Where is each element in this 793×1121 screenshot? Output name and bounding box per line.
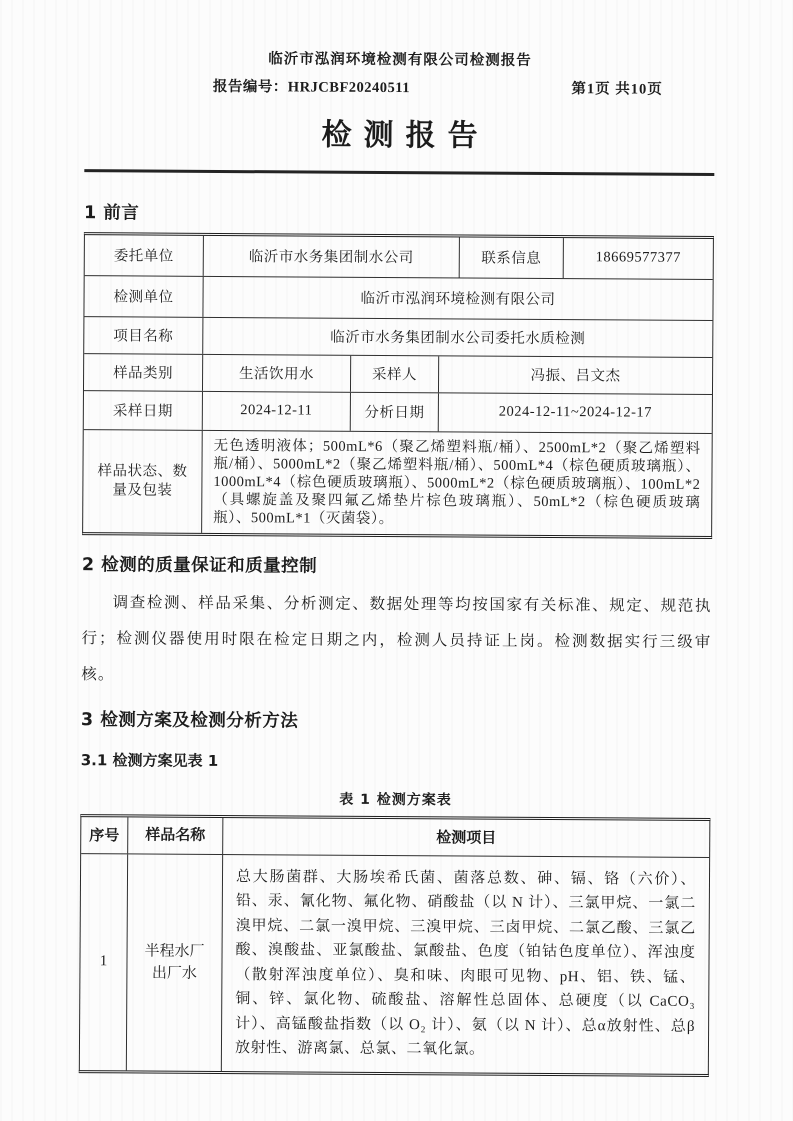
quality-control-paragraph: 调查检测、样品采集、分析测定、数据处理等均按国家有关标准、规定、规范执行；检测仪… xyxy=(81,585,712,697)
report-title: 检测报告 xyxy=(84,108,714,156)
plan-table-row: 1 半程水厂出厂水 总大肠菌群、大肠埃希氏菌、菌落总数、砷、镉、铬（六价）、铅、… xyxy=(80,854,709,1074)
section-3-1-subheading: 3.1 检测方案见表 1 xyxy=(81,749,711,774)
report-number: 报告编号：HRJCBF20240511 xyxy=(213,75,410,97)
preface-info-table: 委托单位 临沂市水务集团制水公司 联系信息 18669577377 检测单位 临… xyxy=(82,232,714,539)
contact-label: 联系信息 xyxy=(459,237,563,278)
sampler-label: 采样人 xyxy=(350,355,438,392)
scanned-page: 临沂市泓润环境检测有限公司检测报告 报告编号：HRJCBF20240511 第1… xyxy=(0,0,793,1077)
sample-state-label: 样品状态、数量及包装 xyxy=(83,430,202,533)
sample-state-value: 无色透明液体；500mL*6（聚乙烯塑料瓶/桶）、2500mL*2（聚乙烯塑料瓶… xyxy=(201,430,712,535)
header-sample-name: 样品名称 xyxy=(127,817,222,854)
project-label: 项目名称 xyxy=(84,317,202,354)
sample-type-value: 生活饮用水 xyxy=(202,354,350,391)
title-divider-rule xyxy=(84,169,714,175)
plan-table-header-row: 序号 样品名称 检测项目 xyxy=(81,817,709,858)
section-3-heading: 3 检测方案及检测分析方法 xyxy=(81,706,711,735)
document-header-line: 临沂市泓润环境检测有限公司检测报告 xyxy=(85,46,715,71)
section-1-heading: 1 前言 xyxy=(84,199,714,228)
report-number-label: 报告编号： xyxy=(213,79,288,95)
analysis-date-label: 分析日期 xyxy=(350,392,438,431)
section-2-heading: 2 检测的质量保证和质量控制 xyxy=(82,551,712,580)
info-row-client: 委托单位 临沂市水务集团制水公司 联系信息 18669577377 xyxy=(85,235,713,280)
info-row-project: 项目名称 临沂市水务集团制水公司委托水质检测 xyxy=(84,317,712,358)
row-sample-name: 半程水厂出厂水 xyxy=(126,854,222,1071)
report-meta-row: 报告编号：HRJCBF20240511 第1页 共10页 xyxy=(85,74,715,102)
client-label: 委托单位 xyxy=(85,235,203,276)
row-test-items: 总大肠菌群、大肠埃希氏菌、菌落总数、砷、镉、铬（六价）、铅、汞、氰化物、氟化物、… xyxy=(221,855,709,1074)
info-row-lab: 检测单位 临沂市泓润环境检测有限公司 xyxy=(84,276,712,321)
contact-value: 18669577377 xyxy=(563,238,713,279)
info-row-sample-type: 样品类别 生活饮用水 采样人 冯振、吕文杰 xyxy=(84,354,712,395)
lab-label: 检测单位 xyxy=(84,276,202,317)
sample-type-label: 样品类别 xyxy=(84,354,202,391)
info-row-dates: 采样日期 2024-12-11 分析日期 2024-12-11~2024-12-… xyxy=(84,391,712,434)
analysis-date-value: 2024-12-11~2024-12-17 xyxy=(438,393,712,433)
plan-table: 序号 样品名称 检测项目 1 半程水厂出厂水 总大肠菌群、大肠埃希氏菌、菌落总数… xyxy=(79,814,711,1077)
row-seq-no: 1 xyxy=(80,854,127,1070)
sampling-date-value: 2024-12-11 xyxy=(202,391,350,430)
sampling-date-label: 采样日期 xyxy=(84,391,202,430)
report-number-value: HRJCBF20240511 xyxy=(288,79,410,96)
sampler-value: 冯振、吕文杰 xyxy=(438,356,712,394)
plan-table-caption: 表 1 检测方案表 xyxy=(80,787,710,811)
lab-value: 临沂市泓润环境检测有限公司 xyxy=(202,276,712,319)
info-row-sample-state: 样品状态、数量及包装 无色透明液体；500mL*6（聚乙烯塑料瓶/桶）、2500… xyxy=(83,430,712,536)
client-value: 临沂市水务集团制水公司 xyxy=(203,235,459,277)
project-value: 临沂市水务集团制水公司委托水质检测 xyxy=(202,317,712,356)
page-indicator: 第1页 共10页 xyxy=(571,77,663,99)
header-seq-no: 序号 xyxy=(81,817,127,853)
document-content: 临沂市泓润环境检测有限公司检测报告 报告编号：HRJCBF20240511 第1… xyxy=(79,0,716,1076)
header-test-items: 检测项目 xyxy=(222,818,709,857)
